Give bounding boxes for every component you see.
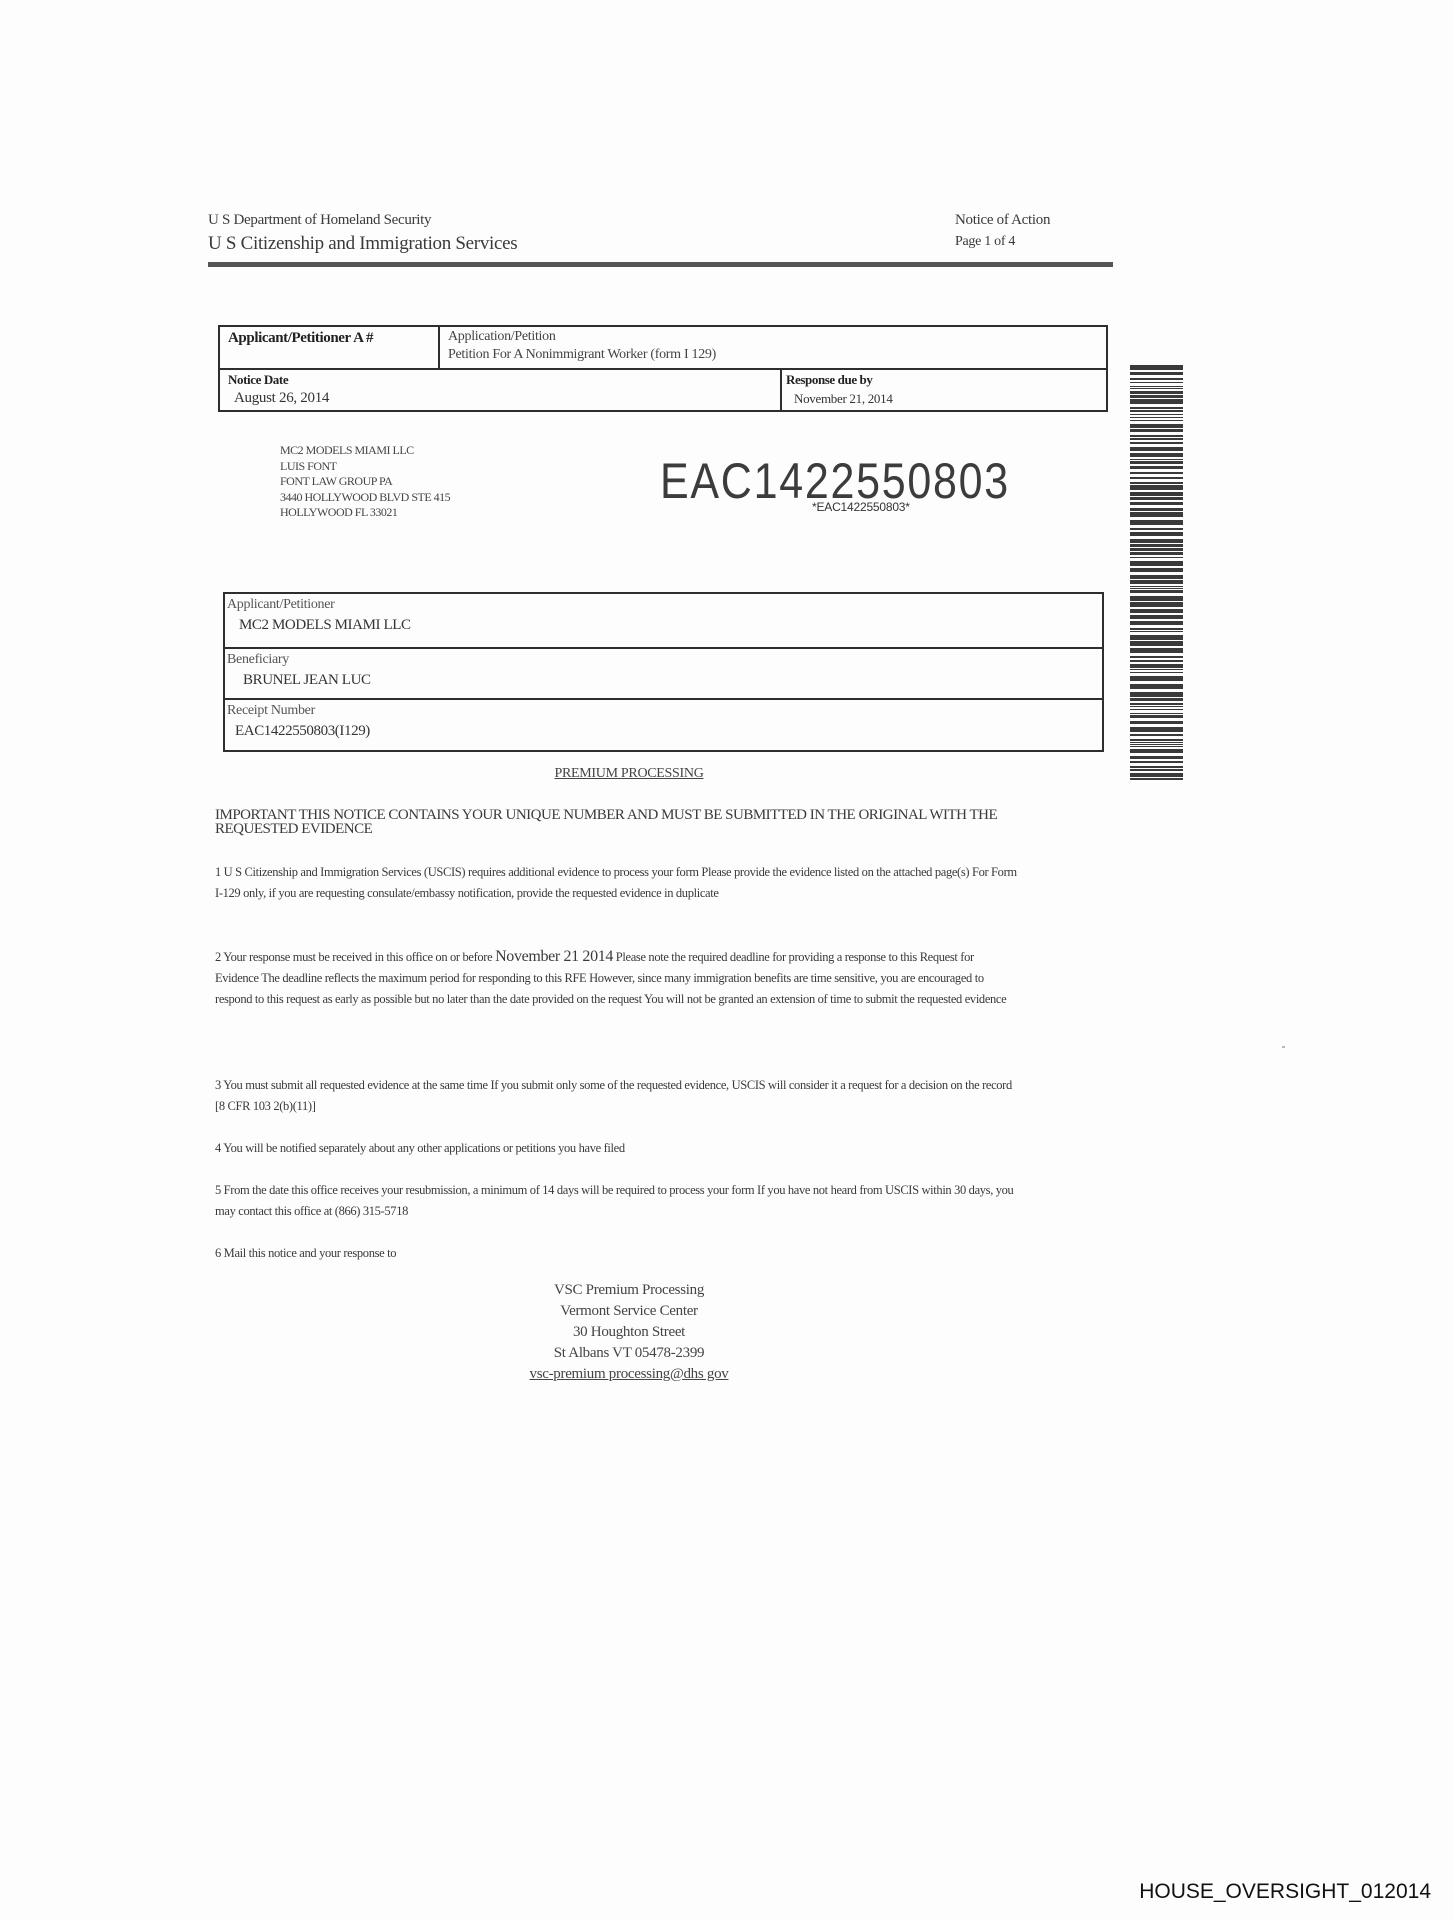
address-line: LUIS FONT <box>280 459 450 475</box>
paragraph-2: 2 Your response must be received in this… <box>215 946 1020 1010</box>
premium-processing-heading: PREMIUM PROCESSING <box>554 766 703 781</box>
mailing-address: MC2 MODELS MIAMI LLC LUIS FONT FONT LAW … <box>280 443 450 521</box>
scan-artifact <box>1282 1046 1285 1048</box>
service-name: U S Citizenship and Immigration Services <box>208 233 517 255</box>
return-address-line-3: 30 Houghton Street <box>0 1322 1258 1343</box>
address-line: FONT LAW GROUP PA <box>280 474 450 490</box>
receipt-label: Receipt Number <box>227 703 315 719</box>
paragraph-6: 6 Mail this notice and your response to <box>215 1243 1020 1264</box>
response-due-value: November 21, 2014 <box>794 391 893 407</box>
paragraph-2-intro: 2 Your response must be received in this… <box>215 950 495 964</box>
a-number-cell: Applicant/Petitioner A # <box>220 327 440 368</box>
paragraph-5: 5 From the date this office receives you… <box>215 1180 1020 1222</box>
petitioner-row: Applicant/Petitioner MC2 MODELS MIAMI LL… <box>225 594 1102 647</box>
return-address-line-4: St Albans VT 05478-2399 <box>0 1343 1258 1364</box>
section-title: PREMIUM PROCESSING <box>0 766 1258 782</box>
paragraph-4: 4 You will be notified separately about … <box>215 1138 1020 1159</box>
notice-date-value: August 26, 2014 <box>234 390 329 407</box>
important-notice: IMPORTANT THIS NOTICE CONTAINS YOUR UNIQ… <box>215 808 1015 836</box>
address-line: HOLLYWOOD FL 33021 <box>280 505 450 521</box>
receipt-barcode-text: *EAC1422550803* <box>812 500 910 514</box>
notice-type: Notice of Action <box>955 212 1050 229</box>
petitioner-value: MC2 MODELS MIAMI LLC <box>239 617 411 634</box>
paragraph-2-deadline: November 21 2014 <box>495 948 613 965</box>
agency-name: U S Department of Homeland Security <box>208 212 431 229</box>
header-rule <box>208 262 1113 267</box>
case-info-box: Applicant/Petitioner A # Application/Pet… <box>218 325 1108 412</box>
return-address-line-1: VSC Premium Processing <box>0 1280 1258 1301</box>
receipt-row: Receipt Number EAC1422550803(I129) <box>225 698 1102 750</box>
paragraph-3: 3 You must submit all requested evidence… <box>215 1075 1020 1117</box>
receipt-value: EAC1422550803(I129) <box>235 723 370 740</box>
paragraph-1: 1 U S Citizenship and Immigration Servic… <box>215 862 1020 904</box>
beneficiary-label: Beneficiary <box>227 652 289 668</box>
notice-date-label: Notice Date <box>228 372 288 388</box>
response-due-label: Response due by <box>786 372 872 388</box>
response-divider <box>780 370 782 412</box>
beneficiary-value: BRUNEL JEAN LUC <box>243 672 371 689</box>
bates-stamp: HOUSE_OVERSIGHT_012014 <box>1139 1880 1431 1904</box>
case-info-row-1: Applicant/Petitioner A # Application/Pet… <box>220 327 1106 370</box>
address-line: MC2 MODELS MIAMI LLC <box>280 443 450 459</box>
return-address: VSC Premium Processing Vermont Service C… <box>0 1280 1258 1385</box>
petitioner-label: Applicant/Petitioner <box>227 597 335 613</box>
barcode-icon <box>1130 365 1183 780</box>
application-label: Application/Petition <box>448 329 556 345</box>
a-number-label: Applicant/Petitioner A # <box>228 330 373 347</box>
address-line: 3440 HOLLYWOOD BLVD STE 415 <box>280 490 450 506</box>
return-address-line-2: Vermont Service Center <box>0 1301 1258 1322</box>
parties-box: Applicant/Petitioner MC2 MODELS MIAMI LL… <box>223 592 1104 752</box>
page-indicator: Page 1 of 4 <box>955 234 1015 250</box>
application-value: Petition For A Nonimmigrant Worker (form… <box>448 347 716 363</box>
beneficiary-row: Beneficiary BRUNEL JEAN LUC <box>225 647 1102 700</box>
contact-email-link[interactable]: vsc-premium processing@dhs gov <box>0 1364 1258 1385</box>
